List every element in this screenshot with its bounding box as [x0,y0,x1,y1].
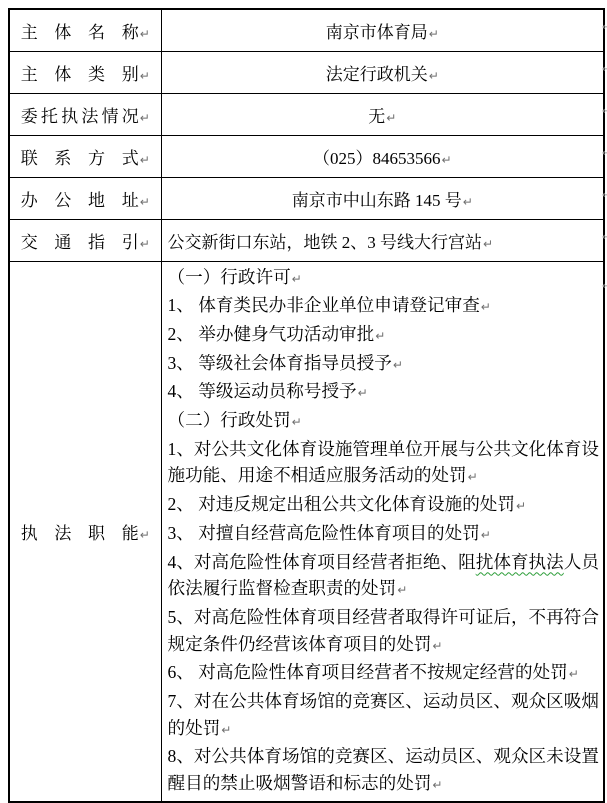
row-label: 交通指引 [21,228,139,253]
enforcement-item-text: （一）行政许可 [168,267,291,287]
table-row-subject-name: 主体名称↵ 南京市体育局↵ [9,9,604,51]
paragraph-mark-icon: ↵ [385,111,396,125]
row-end-mark-icon: ↵ [602,191,607,201]
enforcement-item: 2、 举办健身气功活动审批↵ [168,321,600,350]
row-value-cell: 法定行政机关↵ [161,51,604,93]
row-value: （025）84653566 [313,149,441,168]
paragraph-mark-icon: ↵ [440,153,451,167]
paragraph-mark-icon: ↵ [396,583,407,597]
paragraph-mark-icon: ↵ [139,27,150,41]
table-row-transport-guide: 交通指引↵ 公交新街口东站，地铁 2、3 号线大行宫站↵ [9,219,604,261]
enforcement-item-text: （二）行政处罚 [168,410,291,430]
paragraph-mark-icon: ↵ [291,272,302,286]
paragraph-mark-icon: ↵ [431,778,442,792]
paragraph-mark-icon: ↵ [480,528,491,542]
row-value: 公交新街口东站，地铁 2、3 号线大行宫站 [168,233,483,252]
paragraph-mark-icon: ↵ [467,470,478,484]
enforcement-item: 1、对公共文化体育设施管理单位开展与公共文化体育设施功能、用途不相适应服务活动的… [168,436,600,491]
row-label-cell: 执法职能↵ [9,261,161,802]
paragraph-mark-icon: ↵ [431,639,442,653]
paragraph-mark-icon: ↵ [139,69,150,83]
row-label: 主体名称 [21,18,139,43]
enforcement-item-text: 1、对公共文化体育设施管理单位开展与公共文化体育设施功能、用途不相适应服务活动的… [168,439,600,486]
row-value: 南京市体育局 [326,23,428,42]
table-row-subject-category: 主体类别↵ 法定行政机关↵ [9,51,604,93]
row-value-cell: 公交新街口东站，地铁 2、3 号线大行宫站↵ [161,219,604,261]
paragraph-mark-icon: ↵ [139,111,150,125]
row-end-mark-icon: ↵ [602,149,607,159]
enforcement-item-text: 7、对在公共体育场馆的竞赛区、运动员区、观众区吸烟的处罚 [168,691,600,738]
paragraph-mark-icon: ↵ [220,723,231,737]
row-label: 主体类别 [21,60,139,85]
enforcement-item-text: 3、 等级社会体育指导员授予 [168,353,392,373]
paragraph-mark-icon: ↵ [291,415,302,429]
misspelling-underline: 扰体育执法 [476,552,564,572]
row-end-mark-icon: ↵ [602,282,607,292]
paragraph-mark-icon: ↵ [374,329,385,343]
row-end-mark-icon: ↵ [602,23,607,33]
enforcement-item: 4、对高危险性体育项目经营者拒绝、阻扰体育执法人员依法履行监督检查职责的处罚↵ [168,549,600,604]
enforcement-item-text: 2、 举办健身气功活动审批 [168,324,375,344]
paragraph-mark-icon: ↵ [139,528,150,542]
paragraph-mark-icon: ↵ [139,237,150,251]
enforcement-item-text: 5、对高危险性体育项目经营者取得许可证后，不再符合规定条件仍经营该体育项目的处罚 [168,607,600,654]
enforcement-item: 7、对在公共体育场馆的竞赛区、运动员区、观众区吸烟的处罚↵ [168,688,600,743]
row-end-mark-icon: ↵ [602,65,607,75]
row-label: 委托执法情况 [21,102,139,127]
paragraph-mark-icon: ↵ [139,153,150,167]
paragraph-mark-icon: ↵ [428,69,439,83]
paragraph-mark-icon: ↵ [462,195,473,209]
enforcement-item: 1、 体育类民办非企业单位申请登记审查↵ [168,292,600,321]
row-end-mark-icon: ↵ [602,233,607,243]
enforcement-item-text: 2、 对违反规定出租公共文化体育设施的处罚 [168,494,515,514]
row-end-mark-icon: ↵ [602,107,607,117]
paragraph-mark-icon: ↵ [515,499,526,513]
table-row-entrusted-enforcement: 委托执法情况↵ 无↵ [9,93,604,135]
table-row-contact: 联系方式↵ （025）84653566↵ [9,135,604,177]
row-label-cell: 委托执法情况↵ [9,93,161,135]
row-label: 联系方式 [21,144,139,169]
enforcement-functions-cell: （一）行政许可↵1、 体育类民办非企业单位申请登记审查↵2、 举办健身气功活动审… [161,261,604,802]
info-table: 主体名称↵ 南京市体育局↵ 主体类别↵ 法定行政机关↵ 委托执法情况↵ 无↵ [8,8,605,803]
enforcement-item: 4、 等级运动员称号授予↵ [168,378,600,407]
row-value: 法定行政机关 [326,65,428,84]
row-label: 办公地址 [21,186,139,211]
enforcement-item: 2、 对违反规定出租公共文化体育设施的处罚↵ [168,491,600,520]
enforcement-item: （二）行政处罚↵ [168,407,600,436]
row-value: 无 [368,107,385,126]
table-row-office-address: 办公地址↵ 南京市中山东路 145 号↵ [9,177,604,219]
enforcement-item-text: 4、 等级运动员称号授予 [168,381,357,401]
row-value: 南京市中山东路 145 号 [292,191,462,210]
enforcement-item-text: 6、 对高危险性体育项目经营者不按规定经营的处罚 [168,662,568,682]
enforcement-item: 6、 对高危险性体育项目经营者不按规定经营的处罚↵ [168,659,600,688]
document-table-container: 主体名称↵ 南京市体育局↵ 主体类别↵ 法定行政机关↵ 委托执法情况↵ 无↵ [8,8,605,803]
row-value-cell: 无↵ [161,93,604,135]
paragraph-mark-icon: ↵ [392,358,403,372]
paragraph-mark-icon: ↵ [357,386,368,400]
paragraph-mark-icon: ↵ [482,237,493,251]
enforcement-item-text: 4、对高危险性体育项目经营者拒绝、阻 [168,552,476,572]
row-label-cell: 交通指引↵ [9,219,161,261]
enforcement-item: 3、 对擅自经营高危险性体育项目的处罚↵ [168,520,600,549]
paragraph-mark-icon: ↵ [139,195,150,209]
enforcement-item: 3、 等级社会体育指导员授予↵ [168,350,600,379]
row-value-cell: 南京市体育局↵ [161,9,604,51]
enforcement-item-text: 3、 对擅自经营高危险性体育项目的处罚 [168,523,480,543]
enforcement-item-text: 1、 体育类民办非企业单位申请登记审查 [168,295,480,315]
paragraph-mark-icon: ↵ [480,300,491,314]
paragraph-mark-icon: ↵ [568,667,579,681]
paragraph-mark-icon: ↵ [428,27,439,41]
row-value-cell: 南京市中山东路 145 号↵ [161,177,604,219]
row-label-cell: 联系方式↵ [9,135,161,177]
row-value-cell: （025）84653566↵ [161,135,604,177]
row-label-cell: 主体类别↵ [9,51,161,93]
row-label: 执法职能 [21,519,139,544]
row-label-cell: 主体名称↵ [9,9,161,51]
enforcement-item: （一）行政许可↵ [168,264,600,293]
row-label-cell: 办公地址↵ [9,177,161,219]
enforcement-item: 5、对高危险性体育项目经营者取得许可证后，不再符合规定条件仍经营该体育项目的处罚… [168,604,600,659]
enforcement-item-text: 8、对公共体育场馆的竞赛区、运动员区、观众区未设置醒目的禁止吸烟警语和标志的处罚 [168,746,600,793]
enforcement-item: 8、对公共体育场馆的竞赛区、运动员区、观众区未设置醒目的禁止吸烟警语和标志的处罚… [168,743,600,798]
table-row-enforcement-functions: 执法职能↵ （一）行政许可↵1、 体育类民办非企业单位申请登记审查↵2、 举办健… [9,261,604,802]
